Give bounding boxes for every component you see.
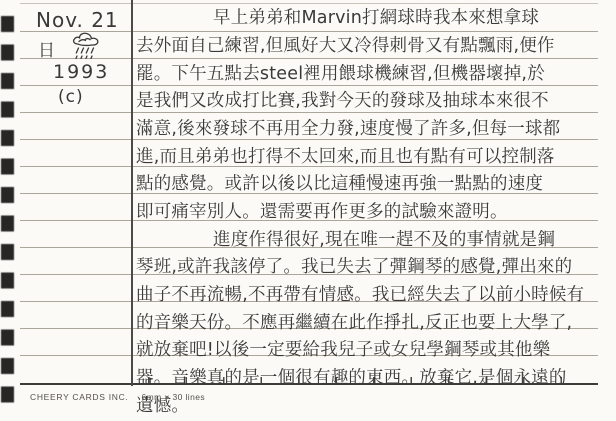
footer-brand: CHEERY CARDS INC. xyxy=(30,392,129,402)
weekday-label: 日 xyxy=(38,36,55,61)
journal-line: 是我們又改成打比賽,我對今天的發球及抽球本來很不 xyxy=(136,85,600,113)
journal-line: 去外面自己練習,但風好大又冷得刺骨又有點飄雨,便作 xyxy=(136,30,600,58)
journal-line: 滿意,後來發球不再用全力發,速度慢了許多,但每一球都 xyxy=(136,113,600,141)
journal-line: 遺憾。 xyxy=(136,390,600,418)
year-label: 1993 xyxy=(53,61,109,83)
rain-cloud-icon xyxy=(70,31,104,60)
margin-note-label: (c) xyxy=(58,87,84,107)
journal-text: 早上弟弟和Marvin打網球時我本來想拿球 去外面自己練習,但風好大又冷得刺骨又… xyxy=(136,2,600,417)
journal-line: 曲子不再流暢,不再帶有情感。我已經失去了以前小時候有 xyxy=(136,279,600,307)
spiral-binding-holes xyxy=(1,16,14,411)
margin-divider-line xyxy=(131,0,133,386)
date-label: Nov. 21 xyxy=(36,8,119,32)
journal-line: 的音樂天份。不應再繼續在此作掙扎,反正也要上大學了, xyxy=(136,307,600,335)
footer-imprint: CHEERY CARDS INC.6mm × 30 lines xyxy=(30,392,205,402)
journal-line: 即可痛宰別人。還需要再作更多的試驗來證明。 xyxy=(136,196,600,224)
journal-line: 點的感覺。或許以後以比這種慢速再強一點點的速度 xyxy=(136,168,600,196)
journal-line: 琴班,或許我該停了。我已失去了彈鋼琴的感覺,彈出來的 xyxy=(136,251,600,279)
journal-line: 罷。下午五點去steel裡用餵球機練習,但機器壞掉,於 xyxy=(136,57,600,85)
journal-line: 進度作得很好,現在唯一趕不及的事情就是鋼 xyxy=(136,224,600,252)
footer-paper-spec: 6mm × 30 lines xyxy=(142,392,205,402)
notebook-page: Nov. 21 日 1993 (c) 早上弟弟和Marvin打網球時我本來想拿球… xyxy=(0,0,616,421)
journal-line: 器。音樂真的是一個很有趣的東西。放棄它,是個永遠的 xyxy=(136,362,600,390)
journal-line: 進,而且弟弟也打得不太回來,而且也有點有可以控制落 xyxy=(136,140,600,168)
journal-line: 就放棄吧!以後一定要給我兒子或女兒學鋼琴或其他樂 xyxy=(136,334,600,362)
date-margin-column: Nov. 21 日 1993 (c) xyxy=(20,0,130,386)
journal-line: 早上弟弟和Marvin打網球時我本來想拿球 xyxy=(136,2,600,30)
